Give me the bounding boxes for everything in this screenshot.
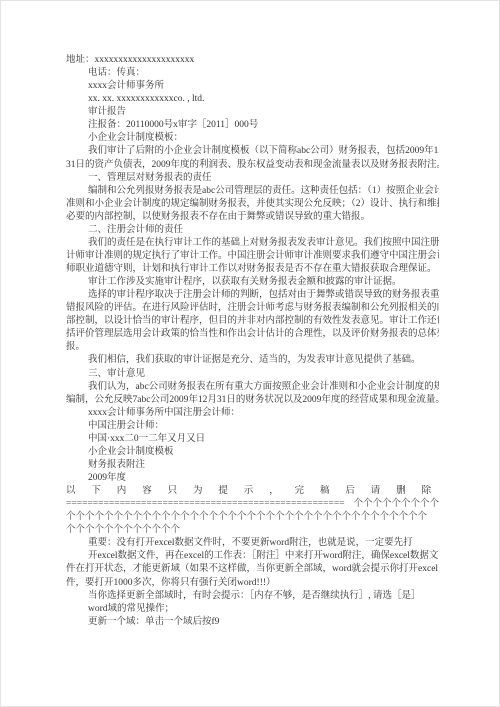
document-line: xxxx会计师事务所 [66, 80, 439, 93]
document-line: 我们认为，abc公司财务报表在所有重大方面按照企业会计准则和小企业会计制度的规定 [66, 381, 439, 394]
document-line: xx. xx. xxxxxxxxxxxxco. , ltd. [66, 93, 439, 106]
document-line: 财务报表附注 [66, 459, 439, 472]
document-line: 师职业道德守则，计划和执行审计工作以对财务报表是否不存在重大错报获取合理保证。 [66, 263, 439, 276]
document-line: 计师审计准则的规定执行了审计工作。中国注册会计师审计准则要求我们遵守中国注册会计 [66, 250, 439, 263]
arrow-run: 个个个个个个个个个 [353, 498, 439, 511]
document-line: 小企业会计制度模板： [66, 132, 439, 145]
document-line: 中国注册会计师： [66, 420, 439, 433]
audit-report-page: 地址：xxxxxxxxxxxxxxxxxxxxx电话：传真：xxxx会计师事务所… [0, 0, 500, 707]
document-line: 当你选择更新全部域时，有时会提示：［内存不够，是否继续执行］, 请选［是］ [66, 590, 439, 603]
document-line: 编制，公允反映7abc公司2009年12月31日的财务状况以及2009年度的经营… [66, 394, 439, 407]
document-line: 二、注册会计师的责任 [66, 224, 439, 237]
document-line: 我们相信，我们获取的审计证据是充分、适当的，为发表审计意见提供了基础。 [66, 354, 439, 367]
document-line: 我们审计了后附的小企业会计制度模板（以下简称abc公司）财务报表，包括2009年… [66, 145, 439, 158]
document-line: 以下内容只为提示，完稿后请删除 [66, 485, 439, 498]
document-line: 编制和公允列报财务报表是abc公司管理层的责任。这种责任包括：（1）按照企业会计 [66, 185, 439, 198]
document-line: 2009年度 [66, 472, 439, 485]
document-line: 审计工作涉及实施审计程序，以获取有关财务报表金额和披露的审计证据。 [66, 276, 439, 289]
document-line: 准则和小企业会计制度的规定编制财务报表，并使其实现公允反映；（2）设计、执行和维… [66, 198, 439, 211]
document-line: xxxx会计师事务所中国注册会计师： [66, 407, 439, 420]
document-line: 电话：传真： [66, 67, 439, 80]
document-line: 件在打开状态，才能更新域（如果不这样做，当你更新全部域，word就会提示你打开e… [66, 563, 439, 576]
document-line: 件，要打开1000多次，你将只有强行关闭word!!!） [66, 577, 439, 590]
separator-dashes: ========================================… [66, 498, 353, 511]
document-line: 一、管理层对财务报表的责任 [66, 172, 439, 185]
document-line: 开excel数据文件，再在excel的工作表：［附注］中来打开word附注，确保… [66, 550, 439, 563]
document-line: 部控制，以设计恰当的审计程序，但目的并非对内部控制的有效性发表意见。审计工作还包 [66, 315, 439, 328]
document-line: ========================================… [66, 498, 439, 511]
document-line: word域的常见操作； [66, 603, 439, 616]
document-line: 更新一个域：单击一个域后按f9 [66, 616, 439, 629]
document-line: 必要的内部控制，以使财务报表不存在由于舞弊或错误导致的重大错报。 [66, 211, 439, 224]
document-line: 三、审计意见 [66, 368, 439, 381]
document-line: 31日的资产负债表，2009年度的利润表、股东权益变动表和现金流量表以及财务报表… [66, 159, 439, 172]
document-line: 我们的责任是在执行审计工作的基础上对财务报表发表审计意见。我们按照中国注册会 [66, 237, 439, 250]
document-line: 报。 [66, 341, 439, 354]
document-line: 括评价管理层选用会计政策的恰当性和作出会计估计的合理性，以及评价财务报表的总体列 [66, 328, 439, 341]
document-line: 注报备：20110000号x审字［2011］000号 [66, 119, 439, 132]
document-line: 错报风险的评估。在进行风险评估时，注册会计师考虑与财务报表编制和公允列报相关的内 [66, 302, 439, 315]
document-line: 个个个个个个个个个个个个个个个个个个个个个个个个个个个个个个个个个个个个个个 [66, 511, 439, 524]
document-line: 个个个个个个个个个个个个 [66, 524, 439, 537]
document-line: 选择的审计程序取决于注册会计师的判断，包括对由于舞弊或错误导致的财务报表重大 [66, 289, 439, 302]
document-line: 中国·xxx二0一二年又月又日 [66, 433, 439, 446]
document-line: 审计报告 [66, 106, 439, 119]
document-line: 地址：xxxxxxxxxxxxxxxxxxxxx [66, 54, 439, 67]
audit-report-document-body: 地址：xxxxxxxxxxxxxxxxxxxxx电话：传真：xxxx会计师事务所… [66, 54, 439, 629]
document-line: 小企业会计制度模板 [66, 446, 439, 459]
document-line: 重要：没有打开excel数据文件时，不要更新word附注，也就是说，一定要先打 [66, 537, 439, 550]
